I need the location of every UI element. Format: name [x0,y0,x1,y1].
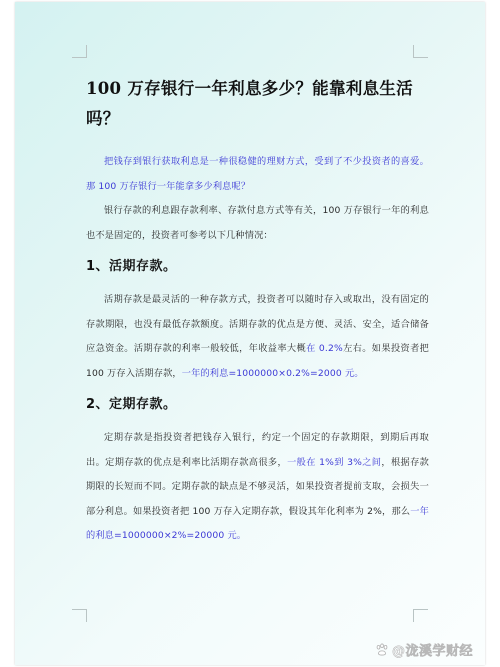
section-fixed-deposit: 2、定期存款。 定期存款是指投资者把钱存入银行，约定一个固定的存款期限，到期后再… [86,392,429,549]
section-paragraph: 活期存款是最灵活的一种存款方式，投资者可以随时存入或取出，没有固定的存款期限，也… [86,288,429,386]
context-paragraph: 银行存款的利息跟存款利率、存款付息方式等有关，100 万存银行一年的利息也不是固… [86,199,429,248]
margin-mark-top-left [72,45,87,58]
watermark-text: @泷溪学财经 [392,640,473,659]
section-heading: 1、活期存款。 [86,254,429,280]
paw-icon [375,643,389,657]
section-paragraph: 定期存款是指投资者把钱存入银行，约定一个固定的存款期限，到期后再取出。定期存款的… [86,426,429,549]
section-demand-deposit: 1、活期存款。 活期存款是最灵活的一种存款方式，投资者可以随时存入或取出，没有固… [86,254,429,386]
watermark: @泷溪学财经 [375,640,473,659]
margin-mark-bottom-left [72,609,87,622]
document-body: 100 万存银行一年利息多少？能靠利息生活吗？ 把钱存到银行获取利息是一种很稳健… [86,74,429,549]
margin-mark-top-right [413,45,428,58]
document-title: 100 万存银行一年利息多少？能靠利息生活吗？ [86,74,429,134]
section-heading: 2、定期存款。 [86,392,429,418]
intro-paragraph: 把钱存到银行获取利息是一种很稳健的理财方式，受到了不少投资者的喜爱。那 100 … [86,150,429,199]
highlight-rate: 在 0.2% [306,343,343,354]
highlight-formula: 一年的利息=1000000×0.2%=2000 元。 [182,368,364,379]
margin-mark-bottom-right [413,609,428,622]
document-page: 100 万存银行一年利息多少？能靠利息生活吗？ 把钱存到银行获取利息是一种很稳健… [15,2,485,665]
highlight-rate: 一般在 1%到 3%之间 [287,457,381,468]
